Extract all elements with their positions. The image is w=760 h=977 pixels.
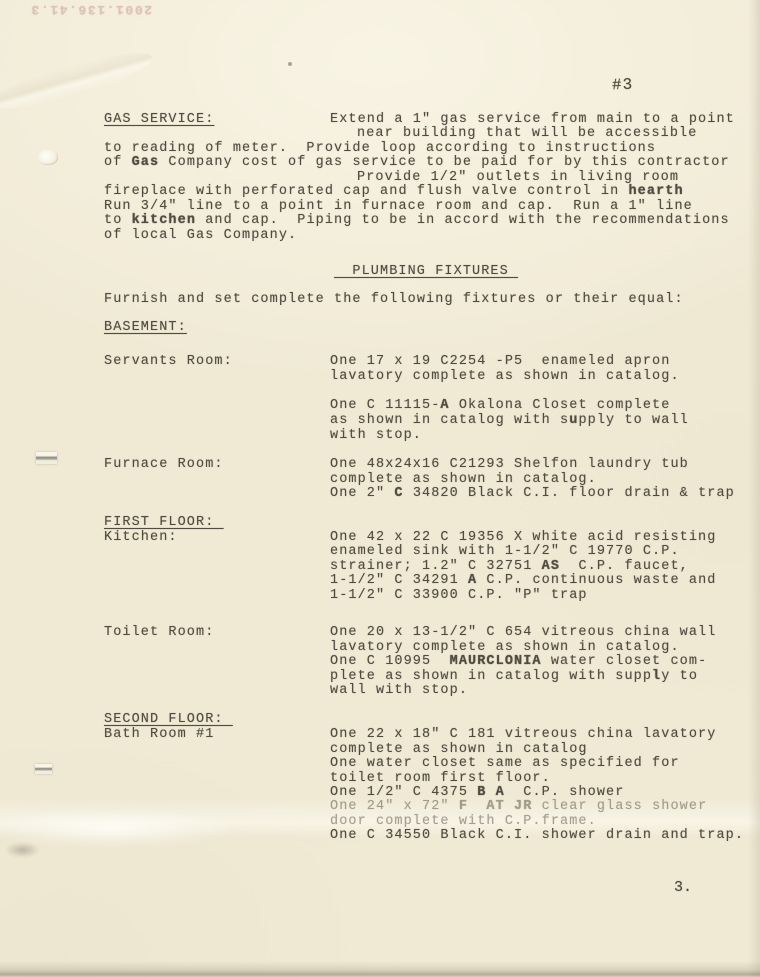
typed-line: 1-1/2" C 33900 C.P. "P" trap — [330, 588, 588, 603]
typed-line: complete as shown in catalog — [330, 742, 588, 757]
typed-line: plete as shown in catalog with supply to — [330, 669, 698, 684]
typed-line: Toilet Room: — [104, 625, 214, 640]
typed-line: lavatory complete as shown in catalog. — [330, 369, 680, 384]
sheet-number: #3 — [612, 76, 634, 95]
typed-line: PLUMBING FIXTURES — [334, 264, 518, 279]
typed-line: One C 34550 Black C.I. shower drain and … — [330, 828, 744, 843]
page-edge-shadow-right — [748, 0, 760, 977]
typed-line: as shown in catalog with supply to wall — [330, 413, 689, 428]
typed-line: One 48x24x16 C21293 Shelfon laundry tub — [330, 457, 689, 472]
typed-line: FIRST FLOOR: — [104, 515, 224, 530]
typed-line: door complete with C.P.frame. — [330, 814, 597, 829]
typed-line: Servants Room: — [104, 354, 233, 369]
paper-fold-artifact — [0, 43, 157, 119]
scanned-page: 2001.136.41.3 #3 GAS SERVICE:Extend a 1"… — [0, 0, 760, 977]
page-number: 3. — [674, 879, 692, 896]
typed-line: Kitchen: — [104, 530, 178, 545]
typed-line: of Gas Company cost of gas service to be… — [104, 155, 730, 170]
typed-line: One 20 x 13-1/2" C 654 vitreous china wa… — [330, 625, 716, 640]
typed-line: One C 11115-A Okalona Closet complete — [330, 398, 670, 413]
typed-line: 1-1/2" C 34291 A C.P. continuous waste a… — [330, 573, 716, 588]
typed-line: enameled sink with 1-1/2" C 19770 C.P. — [330, 544, 680, 559]
smudge-artifact — [0, 840, 50, 860]
typed-line: One 2" C 34820 Black C.I. floor drain & … — [330, 486, 735, 501]
typed-line: strainer; 1.2" C 32751 AS C.P. faucet, — [330, 559, 689, 574]
typed-line: to reading of meter. Provide loop accord… — [104, 141, 656, 156]
typed-line: One 1/2" C 4375 B A C.P. shower — [330, 785, 624, 800]
typed-line: lavatory complete as shown in catalog. — [330, 640, 680, 655]
accession-stamp: 2001.136.41.3 — [16, 2, 166, 17]
typed-line: One 17 x 19 C2254 -P5 enameled apron — [330, 354, 670, 369]
typed-line: wall with stop. — [330, 683, 468, 698]
page-edge-shadow-bottom — [0, 961, 760, 977]
typed-line: to kitchen and cap. Piping to be in acco… — [104, 213, 730, 228]
staple-mark — [36, 452, 57, 464]
typed-line: Bath Room #1 — [104, 727, 214, 742]
typed-line: Furnish and set complete the following f… — [104, 292, 684, 307]
typed-line: near building that will be accessible — [357, 126, 697, 141]
typed-line: fireplace with perforated cap and flush … — [104, 184, 684, 199]
typed-line: Run 3/4" line to a point in furnace room… — [104, 199, 693, 214]
typed-line: One 42 x 22 C 19356 X white acid resisti… — [330, 530, 716, 545]
typed-line: Furnace Room: — [104, 457, 224, 472]
typed-line: with stop. — [330, 428, 422, 443]
typed-line: SECOND FLOOR: — [104, 712, 233, 727]
typed-line: GAS SERVICE: — [104, 112, 214, 127]
typed-line: Provide 1/2" outlets in living room — [357, 170, 679, 185]
typed-line: toilet room first floor. — [330, 771, 551, 786]
typed-line: One 22 x 18" C 181 vitreous china lavato… — [330, 727, 716, 742]
typed-line: One 24" x 72" F AT JR clear glass shower — [330, 799, 707, 814]
ink-speck — [288, 62, 292, 66]
typed-line: Extend a 1" gas service from main to a p… — [330, 112, 735, 127]
typed-line: complete as shown in catalog. — [330, 472, 597, 487]
staple-mark — [35, 764, 52, 774]
typed-line: BASEMENT: — [104, 320, 187, 335]
typed-line: One C 10995 MAURCLONIA water closet com- — [330, 654, 707, 669]
typed-line: of local Gas Company. — [104, 228, 297, 243]
emboss-mark — [38, 150, 58, 165]
typed-line: One water closet same as specified for — [330, 756, 680, 771]
